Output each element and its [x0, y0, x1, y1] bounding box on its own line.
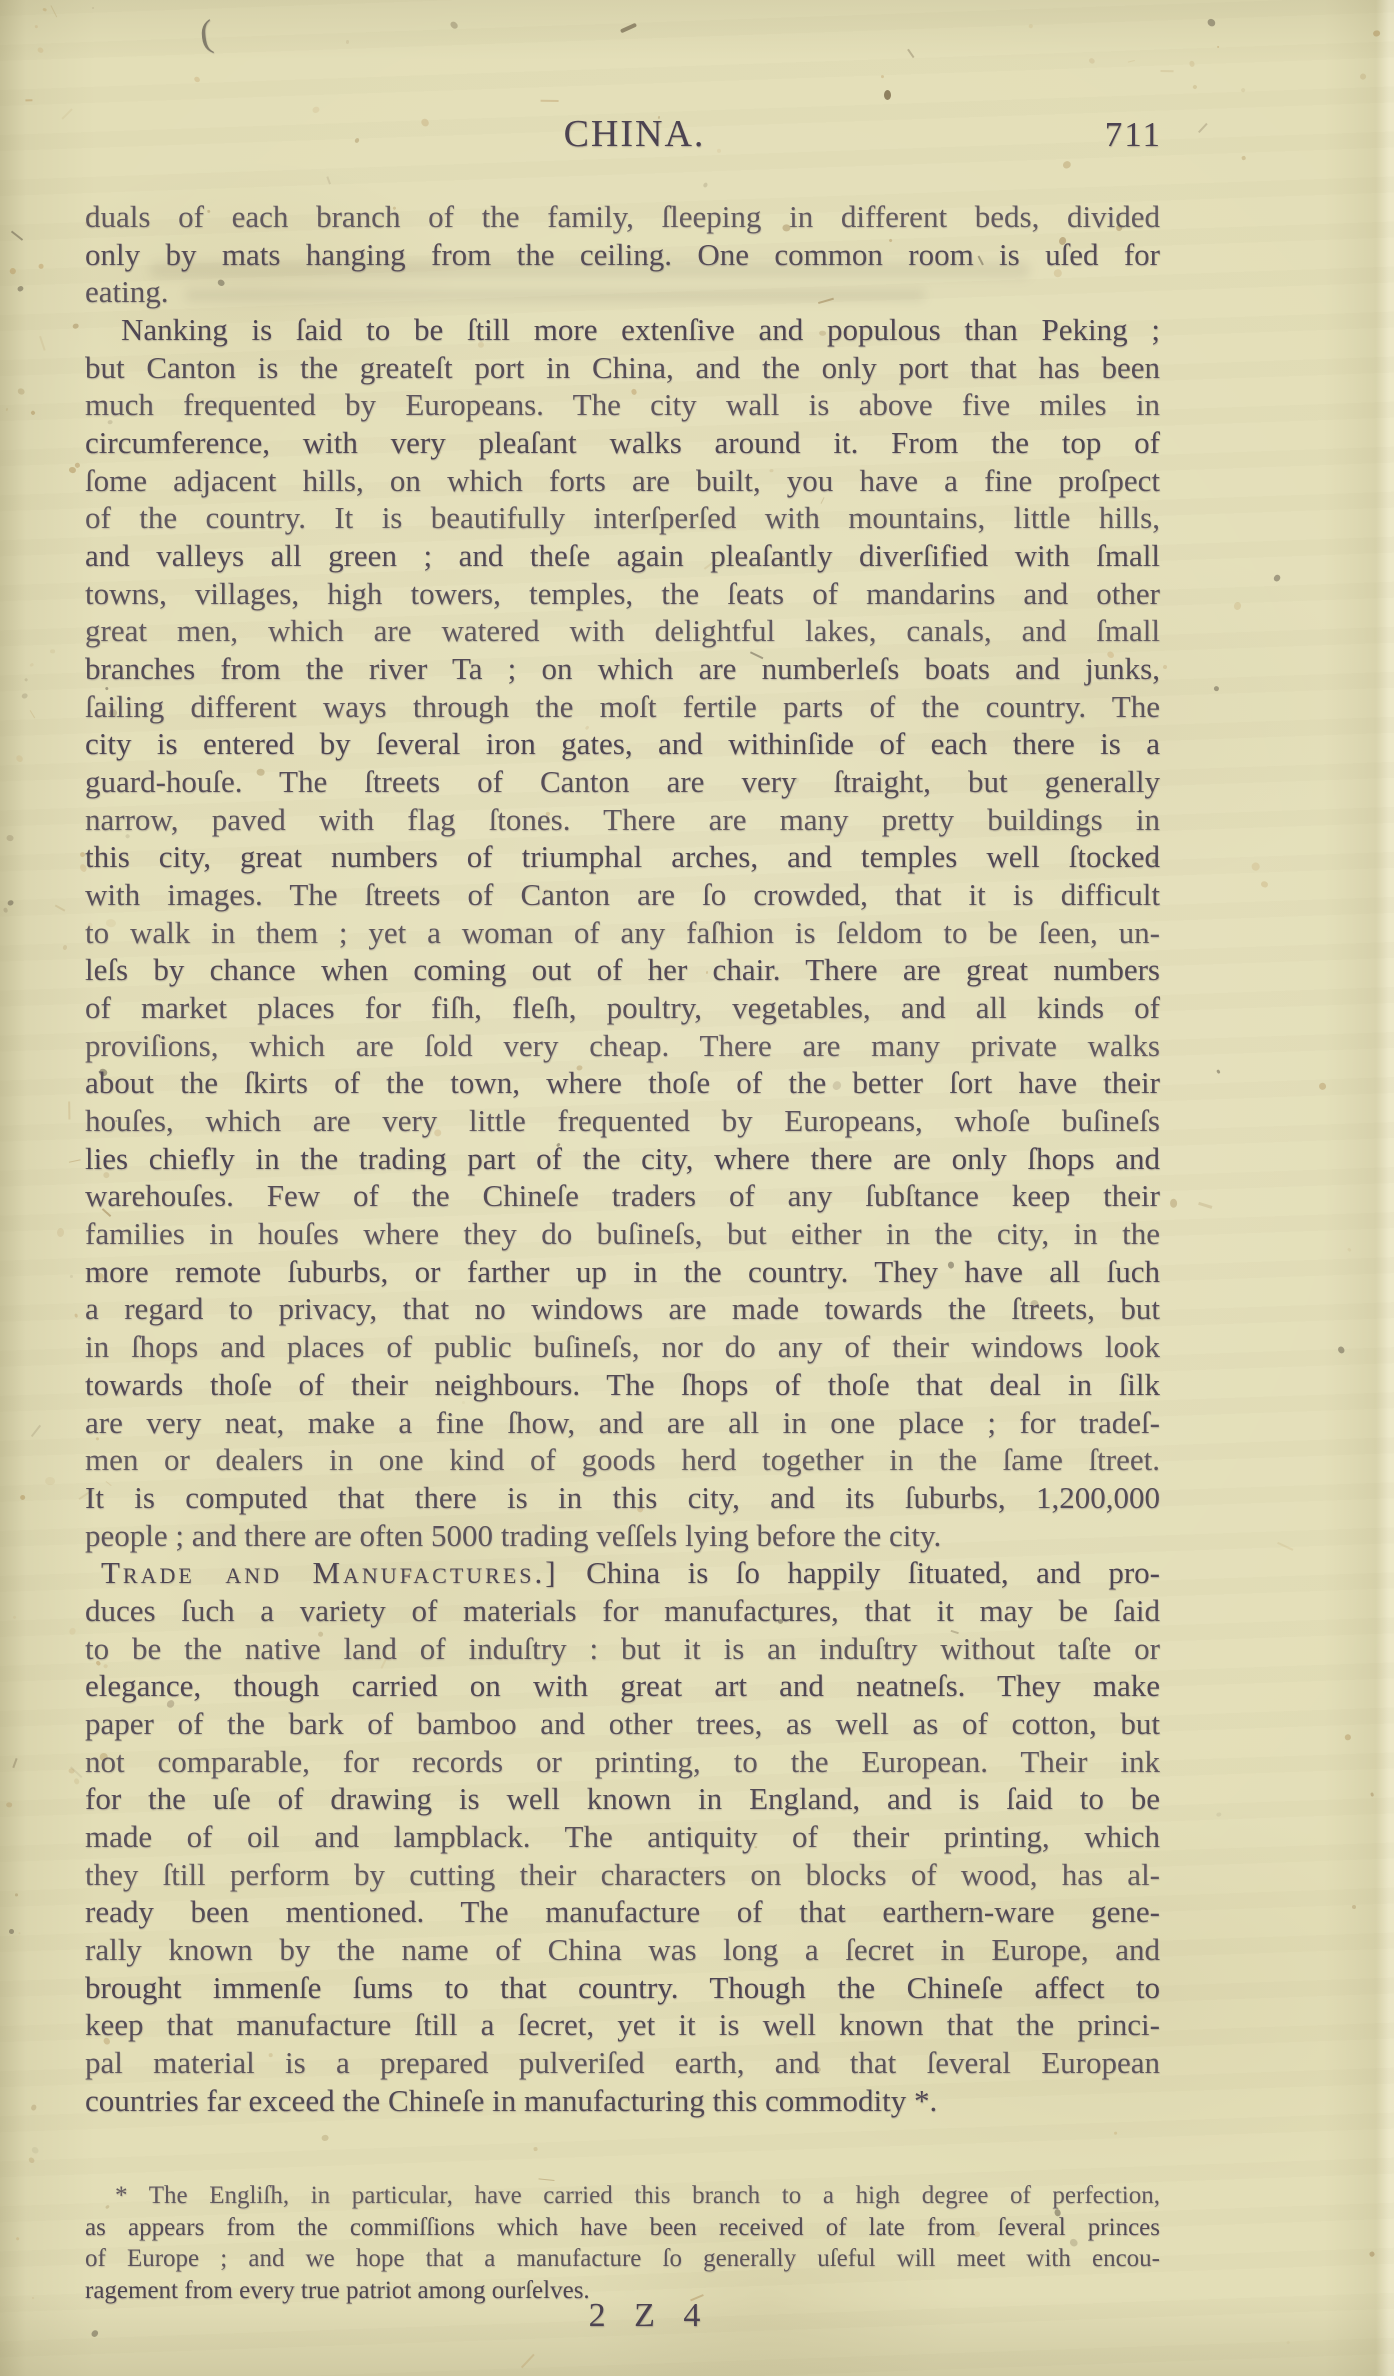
foxing-speck [1286, 2340, 1290, 2344]
ink-smudge [884, 90, 891, 100]
foxing-speck [39, 336, 46, 351]
foxing-speck [1190, 60, 1196, 67]
foxing-speck [68, 1627, 76, 1636]
text-line: circumference, with very pleaſant walks … [85, 424, 1160, 462]
text-line: for the uſe of drawing is well known in … [85, 1780, 1160, 1818]
text-line: this city, great numbers of triumphal ar… [85, 838, 1160, 876]
text-line: It is computed that there is in this cit… [85, 1479, 1160, 1517]
foxing-speck [17, 285, 25, 292]
footnote-line: as appears from the commiſſions which ha… [85, 2212, 1160, 2244]
text-line: families in houſes where they do buſineſ… [85, 1215, 1160, 1253]
text-line: eating. [85, 273, 1160, 311]
foxing-speck [36, 46, 44, 54]
body-text: duals of each branch of the family, ſlee… [85, 198, 1160, 2119]
running-title: CHINA. [97, 112, 1172, 156]
foxing-speck [1214, 685, 1220, 691]
foxing-speck [703, 182, 709, 188]
foxing-speck [1272, 574, 1281, 583]
text-line: in ſhops and places of public buſineſs, … [85, 1328, 1160, 1366]
text-line: of market places for fiſh, fleſh, poultr… [85, 989, 1160, 1027]
text-line: Nanking is ſaid to be ſtill more extenſi… [85, 311, 1160, 349]
foxing-speck [31, 1425, 41, 1437]
foxing-speck [1233, 601, 1242, 610]
foxing-speck [1359, 73, 1367, 81]
foxing-speck [1114, 2132, 1117, 2135]
text-line: about the ſkirts of the town, where thoſ… [85, 1064, 1160, 1102]
foxing-speck [1337, 1345, 1345, 1354]
foxing-speck [29, 662, 34, 667]
foxing-speck [73, 1778, 80, 1786]
foxing-speck [1344, 1733, 1351, 1740]
text-line: but Canton is the greateſt port in China… [85, 349, 1160, 387]
text-line: Trade and Manufactures.] China is ſo hap… [85, 1554, 1160, 1592]
foxing-speck [1161, 70, 1174, 73]
text-line: city is entered by ſeveral iron gates, a… [85, 725, 1160, 763]
foxing-speck [541, 100, 559, 102]
text-line: narrow, paved with flag ſtones. There ar… [85, 801, 1160, 839]
foxing-speck [1199, 123, 1208, 133]
text-line: and valleys all green ; and theſe again … [85, 537, 1160, 575]
footnote-line: * The Engliſh, in particular, have carri… [85, 2180, 1160, 2212]
foxing-speck [881, 75, 884, 78]
text-line: people ; and there are often 5000 tradin… [85, 1517, 1160, 1555]
foxing-speck [1216, 1812, 1222, 1817]
text-line: much frequented by Europeans. The city w… [85, 386, 1160, 424]
foxing-speck [74, 1313, 78, 1318]
foxing-speck [1240, 87, 1246, 93]
foxing-speck [8, 267, 16, 275]
foxing-speck [30, 710, 35, 718]
foxing-speck [1206, 17, 1216, 27]
foxing-speck [521, 2354, 534, 2368]
foxing-speck [61, 108, 73, 120]
foxing-speck [1369, 2251, 1375, 2257]
foxing-speck [19, 1494, 26, 1501]
text-line: towns, villages, high towers, temples, t… [85, 575, 1160, 613]
book-page: ( CHINA. 711 duals of each branch of the… [0, 0, 1394, 2376]
foxing-speck [1351, 1905, 1355, 1909]
foxing-speck [322, 2134, 329, 2141]
foxing-speck [69, 1767, 76, 1773]
text-line: paper of the bark of bamboo and other tr… [85, 1705, 1160, 1743]
foxing-speck [68, 1160, 80, 1164]
text-line: a regard to privacy, that no windows are… [85, 1290, 1160, 1328]
foxing-speck [1198, 1201, 1212, 1208]
foxing-speck [92, 7, 95, 10]
foxing-speck [17, 388, 26, 397]
text-line: men or dealers in one kind of goods herd… [85, 1441, 1160, 1479]
foxing-speck [68, 1102, 71, 1120]
text-line: they ſtill perform by cutting their char… [85, 1856, 1160, 1894]
foxing-speck [71, 323, 79, 330]
foxing-speck [1241, 156, 1245, 161]
foxing-speck [1318, 1082, 1327, 1091]
foxing-speck [35, 25, 38, 28]
text-line: ſailing different ways through the moſt … [85, 688, 1160, 726]
text-line: rally known by the name of China was lon… [85, 1931, 1160, 1969]
foxing-speck [15, 1893, 18, 1896]
foxing-speck [1087, 57, 1095, 65]
foxing-speck [1028, 24, 1033, 29]
foxing-speck [6, 408, 9, 411]
foxing-speck [70, 1274, 74, 1277]
text-line: proviſions, which are ſold very cheap. T… [85, 1027, 1160, 1065]
text-line: more remote ſuburbs, or farther up in th… [85, 1253, 1160, 1291]
text-line: keep that manufacture ſtill a ſecret, ye… [85, 2006, 1160, 2044]
text-line: with images. The ſtreets of Canton are ſ… [85, 876, 1160, 914]
text-line: elegance, though carried on with great a… [85, 1667, 1160, 1705]
text-line: ready been mentioned. The manufacture of… [85, 1893, 1160, 1931]
foxing-speck [15, 754, 24, 763]
text-line: houſes, which are very little frequented… [85, 1102, 1160, 1140]
foxing-speck [193, 75, 201, 83]
foxing-speck [534, 2147, 538, 2151]
text-line: countries far exceed the Chineſe in manu… [85, 2082, 1160, 2120]
foxing-speck [1216, 1070, 1220, 1075]
foxing-speck [30, 2104, 37, 2111]
text-line: not comparable, for records or printing,… [85, 1743, 1160, 1781]
foxing-speck [1370, 1792, 1373, 1796]
text-line: of the country. It is beautifully interſ… [85, 499, 1160, 537]
foxing-speck [448, 20, 458, 30]
text-line: towards thoſe of their neighbours. The ſ… [85, 1366, 1160, 1404]
footnote: * The Engliſh, in particular, have carri… [85, 2180, 1160, 2306]
text-line: made of oil and lampblack. The antiquity… [85, 1818, 1160, 1856]
text-line: only by mats hanging from the ceiling. O… [85, 236, 1160, 274]
page-number: 711 [1105, 115, 1162, 155]
text-line: guard-houſe. The ſtreets of Canton are v… [85, 763, 1160, 801]
foxing-speck [63, 945, 68, 951]
foxing-speck [346, 40, 350, 44]
foxing-speck [1347, 1247, 1352, 1252]
foxing-speck [30, 410, 36, 416]
foxing-speck [50, 5, 57, 17]
foxing-speck [3, 907, 9, 913]
foxing-speck [11, 231, 23, 241]
foxing-speck [1170, 1199, 1177, 1208]
foxing-speck [50, 649, 55, 653]
foxing-speck [7, 900, 15, 907]
foxing-speck [12, 1758, 17, 1768]
foxing-speck [32, 2296, 35, 2299]
text-line: leſs by chance when coming out of her ch… [85, 951, 1160, 989]
foxing-speck [90, 2329, 99, 2338]
foxing-speck [12, 1616, 16, 1620]
foxing-speck [1217, 46, 1220, 49]
foxing-speck [7, 835, 14, 842]
text-line: to walk in them ; yet a woman of any faſ… [85, 914, 1160, 952]
foxing-speck [43, 8, 48, 13]
text-line: branches from the river Ta ; on which ar… [85, 650, 1160, 688]
text-line: pal material is a prepared pulveriſed ea… [85, 2044, 1160, 2082]
foxing-speck [1373, 30, 1380, 37]
signature-mark: 2 Z 4 [107, 2297, 1182, 2335]
text-line: are very neat, make a fine ſhow, and are… [85, 1404, 1160, 1442]
foxing-speck [15, 2236, 19, 2240]
foxing-speck [327, 176, 331, 184]
text-line: brought immenſe ſums to that country. Th… [85, 1969, 1160, 2007]
foxing-speck [1192, 84, 1197, 89]
foxing-speck [6, 1802, 12, 1807]
foxing-speck [17, 1932, 20, 1935]
foxing-speck [27, 2156, 35, 2164]
foxing-speck [57, 1228, 64, 1237]
foxing-speck [1261, 881, 1269, 888]
section-heading-smallcaps: Trade and Manufactures.] [101, 1555, 559, 1590]
foxing-speck [45, 1477, 55, 1486]
foxing-speck [55, 905, 65, 912]
text-line: warehouſes. Few of the Chineſe traders o… [85, 1177, 1160, 1215]
foxing-speck [1128, 60, 1135, 63]
foxing-speck [1276, 1542, 1292, 1551]
foxing-speck [26, 99, 33, 101]
page-header: CHINA. 711 [85, 112, 1160, 164]
text-line: to be the native land of induſtry : but … [85, 1630, 1160, 1668]
foxing-speck [31, 2146, 40, 2155]
text-line: duces ſuch a variety of materials for ma… [85, 1592, 1160, 1630]
text-line: duals of each branch of the family, ſlee… [85, 198, 1160, 236]
footnote-line: of Europe ; and we hope that a manufactu… [85, 2243, 1160, 2275]
foxing-speck [74, 462, 81, 469]
foxing-speck [20, 692, 28, 699]
foxing-speck [1163, 664, 1168, 669]
foxing-speck [39, 264, 44, 269]
foxing-speck [70, 1767, 82, 1779]
text-line: lies chiefly in the trading part of the … [85, 1140, 1160, 1178]
foxing-speck [69, 467, 77, 474]
text-line: ſome adjacent hills, on which forts are … [85, 462, 1160, 500]
foxing-speck [8, 1928, 13, 1933]
foxing-speck [24, 678, 28, 682]
text-line: great men, which are watered with deligh… [85, 612, 1160, 650]
foxing-speck [1250, 862, 1261, 872]
foxing-speck [907, 48, 914, 57]
